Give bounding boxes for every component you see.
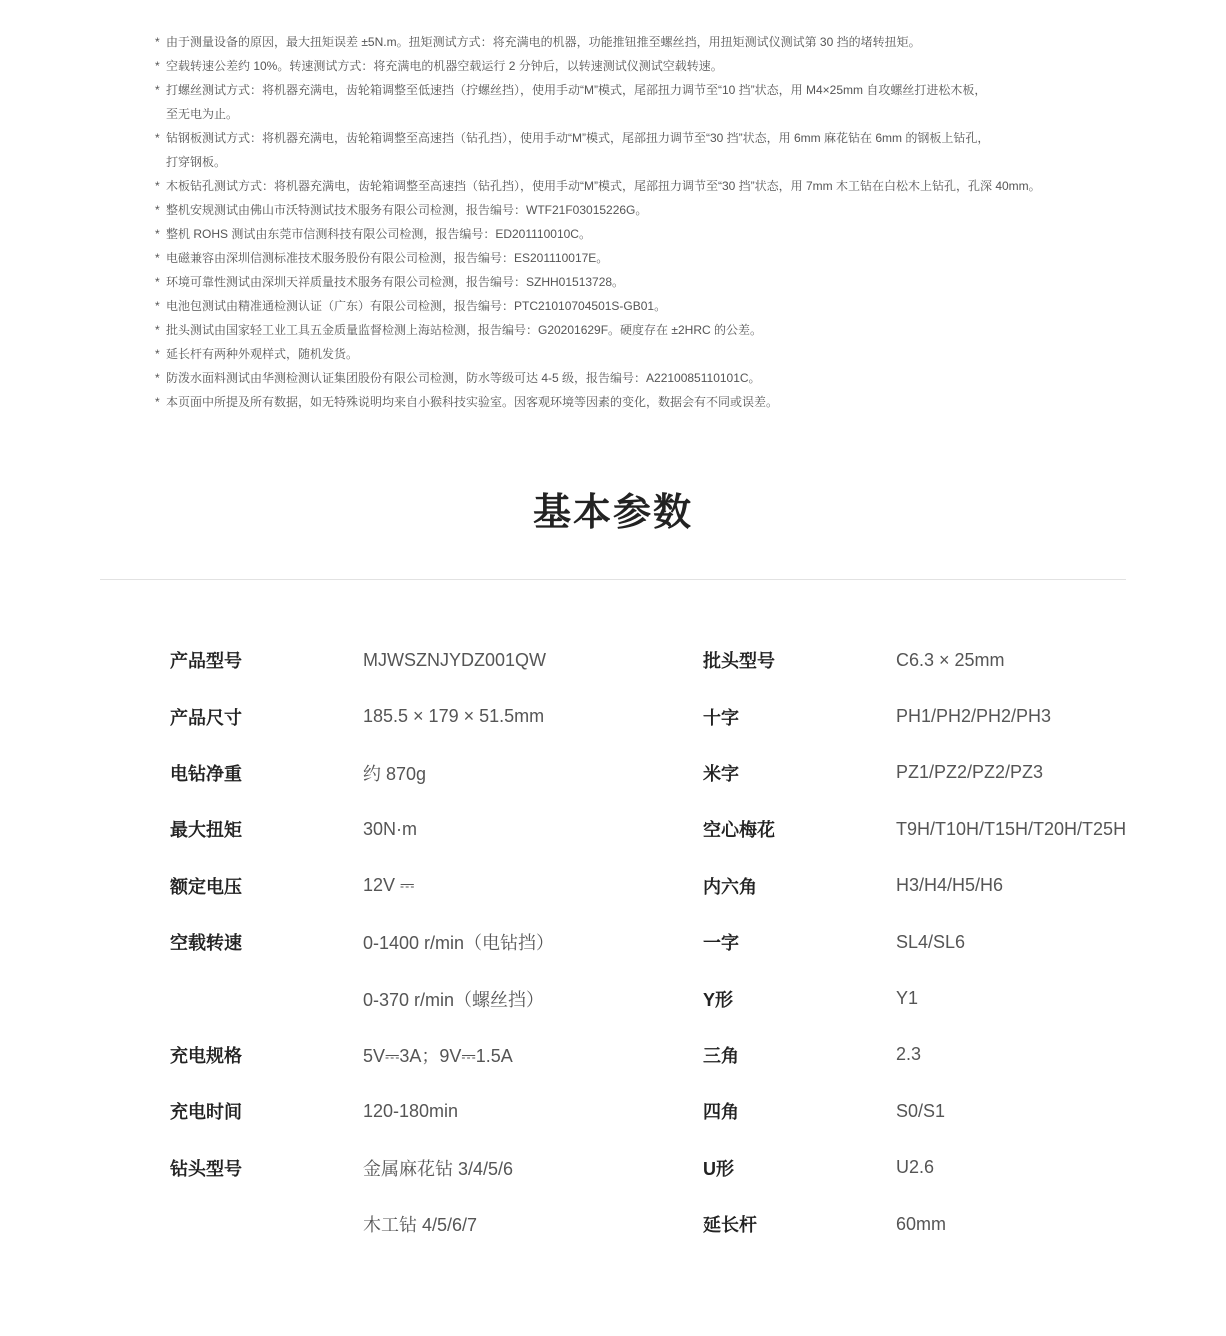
- asterisk-marker: *: [155, 174, 166, 198]
- spec-value: PH1/PH2/PH2/PH3: [896, 706, 1051, 727]
- asterisk-marker: *: [155, 294, 166, 318]
- footnote: *电池包测试由精准通检测认证（广东）有限公司检测，报告编号：PTC2101070…: [155, 294, 1095, 318]
- footnote: *整机 ROHS 测试由东莞市信测科技有限公司检测，报告编号：ED2011100…: [155, 222, 1095, 246]
- spec-row: 十字PH1/PH2/PH2/PH3: [703, 688, 1226, 744]
- spec-row: 产品尺寸185.5 × 179 × 51.5mm: [170, 688, 690, 744]
- spec-value: SL4/SL6: [896, 932, 965, 953]
- spec-value: 0-370 r/min（螺丝挡）: [363, 986, 544, 1012]
- footnote-line: 整机安规测试由佛山市沃特测试技术服务有限公司检测，报告编号：WTF21F0301…: [166, 203, 647, 217]
- footnote-line: 批头测试由国家轻工业工具五金质量监督检测上海站检测，报告编号：G20201629…: [166, 323, 762, 337]
- spec-label: 延长杆: [703, 1211, 896, 1237]
- spec-table-left: 产品型号MJWSZNJYDZ001QW 产品尺寸185.5 × 179 × 51…: [170, 632, 690, 1252]
- footnote: *打螺丝测试方式：将机器充满电，齿轮箱调整至低速挡（拧螺丝挡），使用手动“M”模…: [155, 78, 1095, 126]
- spec-label: 一字: [703, 929, 896, 955]
- footnote: *空载转速公差约 10%。转速测试方式：将充满电的机器空载运行 2 分钟后，以转…: [155, 54, 1095, 78]
- spec-label: Y形: [703, 986, 896, 1012]
- asterisk-marker: *: [155, 126, 166, 150]
- spec-row: 钻头型号金属麻花钻 3/4/5/6: [170, 1140, 690, 1196]
- asterisk-marker: *: [155, 342, 166, 366]
- spec-value: H3/H4/H5/H6: [896, 875, 1003, 896]
- spec-value: 120-180min: [363, 1101, 458, 1122]
- spec-value: MJWSZNJYDZ001QW: [363, 650, 546, 671]
- footnote-line: 木板钻孔测试方式：将机器充满电，齿轮箱调整至高速挡（钻孔挡），使用手动“M”模式…: [166, 179, 1041, 193]
- footnote: *延长杆有两种外观样式，随机发货。: [155, 342, 1095, 366]
- spec-label: 电钻净重: [170, 760, 363, 786]
- spec-label: 钻头型号: [170, 1155, 363, 1181]
- footnote: *环境可靠性测试由深圳天祥质量技术服务有限公司检测，报告编号：SZHH01513…: [155, 270, 1095, 294]
- footnote: *由于测量设备的原因，最大扭矩误差 ±5N.m。扭矩测试方式：将充满电的机器，功…: [155, 30, 1095, 54]
- spec-label: 十字: [703, 704, 896, 730]
- spec-value: S0/S1: [896, 1101, 945, 1122]
- footnote-line: 环境可靠性测试由深圳天祥质量技术服务有限公司检测，报告编号：SZHH015137…: [166, 275, 624, 289]
- spec-label: U形: [703, 1155, 896, 1181]
- spec-label: 产品型号: [170, 647, 363, 673]
- spec-value: 185.5 × 179 × 51.5mm: [363, 706, 544, 727]
- footnote-line: 防泼水面料测试由华测检测认证集团股份有限公司检测，防水等级可达 4-5 级，报告…: [166, 371, 761, 385]
- spec-label: 最大扭矩: [170, 816, 363, 842]
- section-divider: [100, 579, 1126, 580]
- spec-row: 延长杆60mm: [703, 1196, 1226, 1252]
- footnote: *木板钻孔测试方式：将机器充满电，齿轮箱调整至高速挡（钻孔挡），使用手动“M”模…: [155, 174, 1095, 198]
- spec-row: 充电规格5V⎓3A；9V⎓1.5A: [170, 1027, 690, 1083]
- footnote-line: 打穿钢板。: [166, 150, 1095, 174]
- spec-row: 最大扭矩30N·m: [170, 801, 690, 857]
- spec-table-right: 批头型号C6.3 × 25mm 十字PH1/PH2/PH2/PH3 米字PZ1/…: [703, 632, 1226, 1252]
- spec-label: 空载转速: [170, 929, 363, 955]
- footnote-line: 打螺丝测试方式：将机器充满电，齿轮箱调整至低速挡（拧螺丝挡），使用手动“M”模式…: [166, 78, 1095, 102]
- spec-row: 产品型号MJWSZNJYDZ001QW: [170, 632, 690, 688]
- spec-row: 米字PZ1/PZ2/PZ2/PZ3: [703, 745, 1226, 801]
- footnote: *批头测试由国家轻工业工具五金质量监督检测上海站检测，报告编号：G2020162…: [155, 318, 1095, 342]
- spec-label: 批头型号: [703, 647, 896, 673]
- footnote: *钻钢板测试方式：将机器充满电，齿轮箱调整至高速挡（钻孔挡），使用手动“M”模式…: [155, 126, 1095, 174]
- spec-value: 木工钻 4/5/6/7: [363, 1211, 477, 1237]
- spec-label: 三角: [703, 1042, 896, 1068]
- spec-label: 内六角: [703, 873, 896, 899]
- spec-row: 三角2.3: [703, 1027, 1226, 1083]
- spec-row: 四角S0/S1: [703, 1083, 1226, 1139]
- spec-value: 60mm: [896, 1214, 946, 1235]
- spec-label: 额定电压: [170, 873, 363, 899]
- footnote-line: 钻钢板测试方式：将机器充满电，齿轮箱调整至高速挡（钻孔挡），使用手动“M”模式，…: [166, 126, 1095, 150]
- section-title: 基本参数: [0, 488, 1226, 538]
- asterisk-marker: *: [155, 54, 166, 78]
- footnote-line: 本页面中所提及所有数据，如无特殊说明均来自小猴科技实验室。因客观环境等因素的变化…: [166, 395, 778, 409]
- spec-value: 12V ⎓: [363, 875, 414, 896]
- footnote-line: 空载转速公差约 10%。转速测试方式：将充满电的机器空载运行 2 分钟后，以转速…: [166, 59, 723, 73]
- spec-row: 一字SL4/SL6: [703, 914, 1226, 970]
- asterisk-marker: *: [155, 390, 166, 414]
- spec-row: U形U2.6: [703, 1140, 1226, 1196]
- footnote: *整机安规测试由佛山市沃特测试技术服务有限公司检测，报告编号：WTF21F030…: [155, 198, 1095, 222]
- spec-row: Y形Y1: [703, 970, 1226, 1026]
- footnote-line: 至无电为止。: [166, 102, 1095, 126]
- asterisk-marker: *: [155, 198, 166, 222]
- spec-label: 产品尺寸: [170, 704, 363, 730]
- spec-row: 额定电压12V ⎓: [170, 858, 690, 914]
- spec-value: PZ1/PZ2/PZ2/PZ3: [896, 762, 1043, 783]
- spec-value: 约 870g: [363, 760, 426, 786]
- asterisk-marker: *: [155, 222, 166, 246]
- footnote: *本页面中所提及所有数据，如无特殊说明均来自小猴科技实验室。因客观环境等因素的变…: [155, 390, 1095, 414]
- spec-row: 充电时间120-180min: [170, 1083, 690, 1139]
- footnote-line: 电磁兼容由深圳信测标准技术服务股份有限公司检测，报告编号：ES201110017…: [166, 251, 608, 265]
- spec-value: Y1: [896, 988, 918, 1009]
- spec-value: 2.3: [896, 1044, 921, 1065]
- spec-value: T9H/T10H/T15H/T20H/T25H: [896, 819, 1126, 840]
- footnotes: *由于测量设备的原因，最大扭矩误差 ±5N.m。扭矩测试方式：将充满电的机器，功…: [155, 30, 1095, 414]
- spec-row: 内六角H3/H4/H5/H6: [703, 858, 1226, 914]
- spec-value: 金属麻花钻 3/4/5/6: [363, 1155, 513, 1181]
- spec-row: 电钻净重约 870g: [170, 745, 690, 801]
- asterisk-marker: *: [155, 246, 166, 270]
- spec-row: 空载转速0-1400 r/min（电钻挡）: [170, 914, 690, 970]
- spec-value: 5V⎓3A；9V⎓1.5A: [363, 1042, 513, 1068]
- footnote-line: 延长杆有两种外观样式，随机发货。: [166, 347, 358, 361]
- spec-label: 米字: [703, 760, 896, 786]
- footnote-line: 整机 ROHS 测试由东莞市信测科技有限公司检测，报告编号：ED20111001…: [166, 227, 591, 241]
- footnote: *防泼水面料测试由华测检测认证集团股份有限公司检测，防水等级可达 4-5 级，报…: [155, 366, 1095, 390]
- spec-label: 空心梅花: [703, 816, 896, 842]
- footnote-line: 电池包测试由精准通检测认证（广东）有限公司检测，报告编号：PTC21010704…: [166, 299, 666, 313]
- spec-row: 木工钻 4/5/6/7: [170, 1196, 690, 1252]
- spec-value: 30N·m: [363, 819, 417, 840]
- asterisk-marker: *: [155, 270, 166, 294]
- spec-label: 充电规格: [170, 1042, 363, 1068]
- spec-row: 批头型号C6.3 × 25mm: [703, 632, 1226, 688]
- asterisk-marker: *: [155, 318, 166, 342]
- asterisk-marker: *: [155, 30, 166, 54]
- spec-label: 四角: [703, 1098, 896, 1124]
- asterisk-marker: *: [155, 366, 166, 390]
- spec-value: C6.3 × 25mm: [896, 650, 1005, 671]
- footnote: *电磁兼容由深圳信测标准技术服务股份有限公司检测，报告编号：ES20111001…: [155, 246, 1095, 270]
- asterisk-marker: *: [155, 78, 166, 102]
- spec-label: 充电时间: [170, 1098, 363, 1124]
- spec-row: 0-370 r/min（螺丝挡）: [170, 970, 690, 1026]
- spec-row: 空心梅花T9H/T10H/T15H/T20H/T25H: [703, 801, 1226, 857]
- footnote-line: 由于测量设备的原因，最大扭矩误差 ±5N.m。扭矩测试方式：将充满电的机器，功能…: [166, 35, 921, 49]
- spec-value: U2.6: [896, 1157, 934, 1178]
- spec-value: 0-1400 r/min（电钻挡）: [363, 929, 554, 955]
